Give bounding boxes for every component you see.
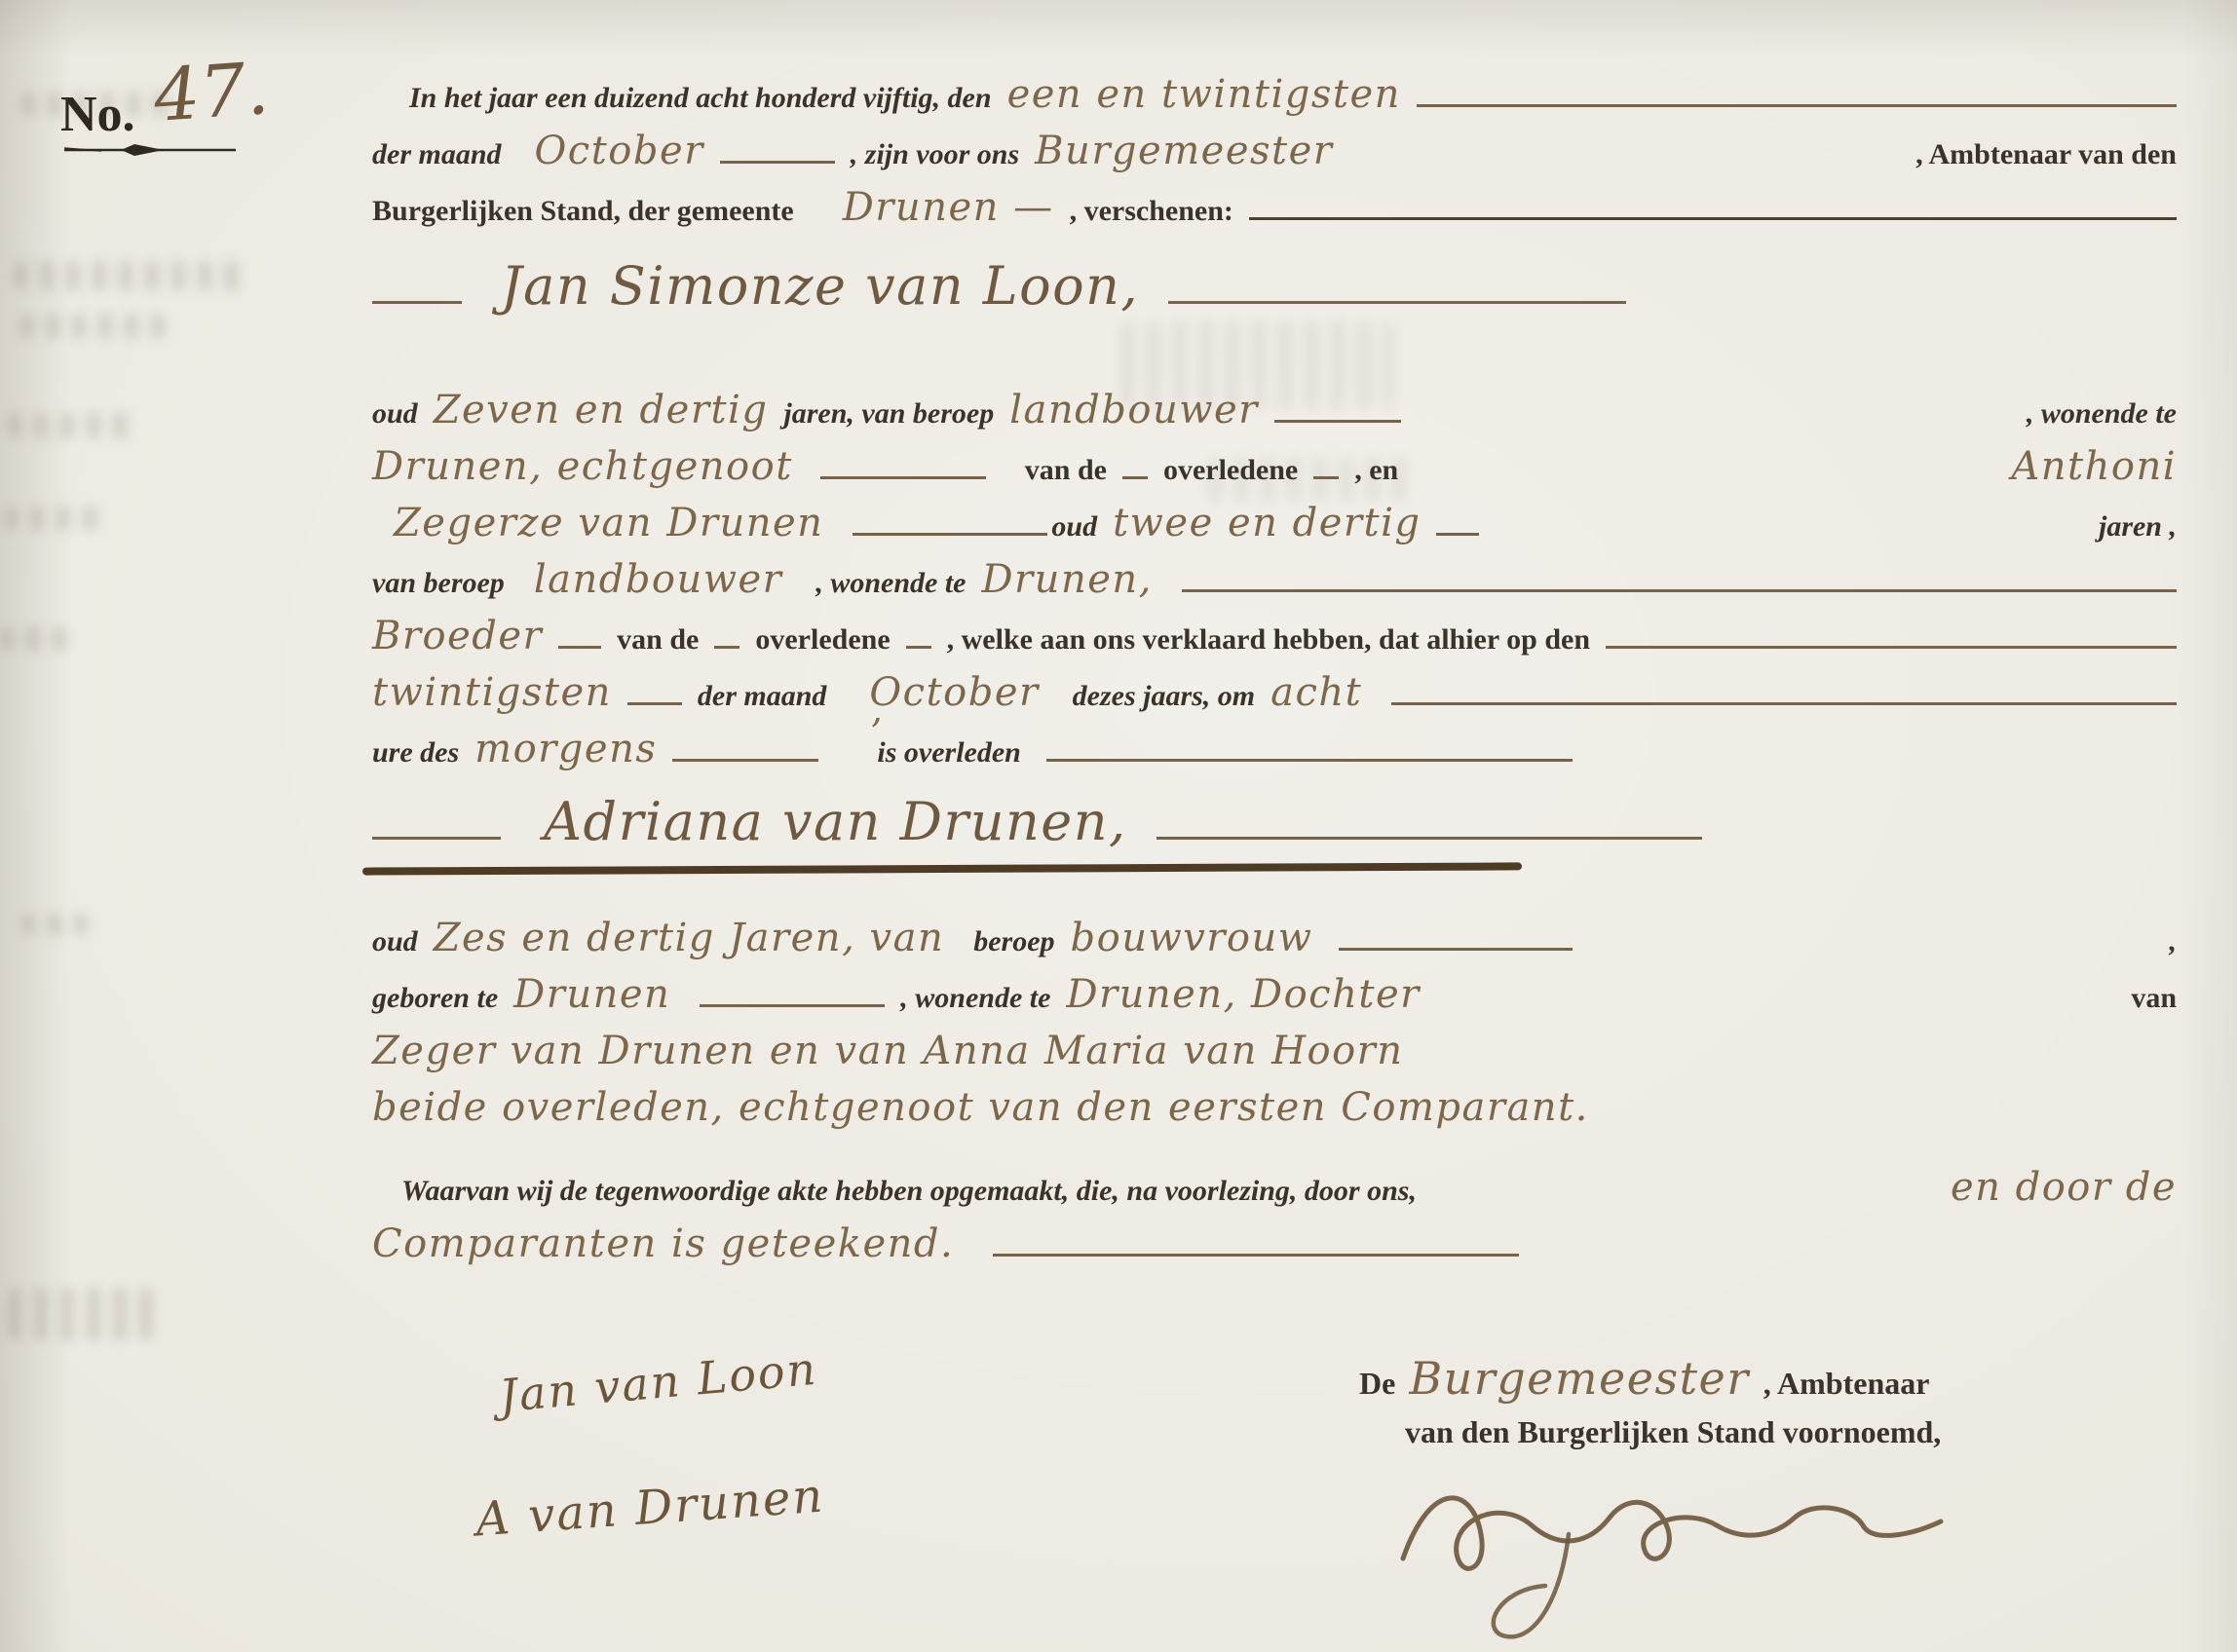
declaration-line-2: Drunen, echtgenoot van de overledene , e… [372,444,2177,489]
fill-rule [372,299,462,304]
fill-rule [906,644,931,649]
official-title-hand: Burgemeester [1409,1352,1749,1405]
death-hour: acht [1270,670,1362,715]
death-certificate-page: No. 47. In het jaar een duizend acht hon… [0,0,2237,1652]
died-label: is overleden [877,736,1020,770]
intro-year-printed: In het jaar een duizend acht honderd vij… [409,82,992,115]
declarant1-residence: Drunen, echtgenoot [372,444,793,489]
deceased-name-line: Adriana van Drunen, [372,791,2177,852]
declaration-line-1: oud Zeven en dertig jaren, van beroep la… [372,388,2177,432]
deceased-status: beide overleden, echtgenoot van den eers… [372,1085,1589,1130]
divider-ornament [62,136,238,162]
act-number-label: No. [60,86,135,143]
relation-hand: Broeder [372,614,543,658]
declarant1-profession: landbouwer [1009,388,1259,432]
profession-label: jaren, van beroep [783,397,994,431]
fill-rule [627,700,682,705]
age-label-2: oud [1051,510,1097,544]
closing-line-2: Comparanten is geteekend. [372,1221,2177,1266]
intro-line-2: der maand October , zijn voor ons Burgem… [372,129,2177,173]
deceased-line-2: geboren te Drunen , wonende te Drunen, D… [372,972,2177,1017]
death-daypart: morgens [474,727,657,771]
declarant1-signature: Jan van Loon [497,1342,819,1422]
fill-rule [820,474,986,479]
registry-line: Burgerlijken Stand, der gemeente [372,195,794,228]
statement-printed: , welke aan ons verklaard hebben, dat al… [947,623,1590,657]
deceased-age-label: oud [372,925,418,958]
fill-rule [1391,700,2177,705]
declarant2-age: twee en dertig [1113,501,1421,545]
deceased-name-underline [362,862,1522,875]
deceased-word-2: overledene [755,623,890,657]
fill-rule [714,644,739,649]
death-time-line: ure des morgens is overleden [372,727,2177,771]
month-hand: October [535,129,704,173]
fill-rule [1046,757,1573,762]
relation-of: van de [1025,454,1107,487]
death-month-label: der maand [698,680,827,713]
declarant2-signature: A van Drunen [474,1469,825,1548]
declaration-line-3: Zegerze van Drunen oud twee en dertig ja… [372,501,2177,545]
official-title-line: De Burgemeester , Ambtenaar [1359,1352,1929,1405]
bleedthrough-mark [0,627,68,651]
deceased-residence-label: , wonende te [900,982,1050,1015]
bleedthrough-mark [19,314,166,339]
fill-rule [1606,644,2177,649]
fill-rule [1313,474,1339,479]
intro-line-3: Burgerlijken Stand, der gemeente Drunen … [372,185,2177,230]
bleedthrough-mark [8,1288,154,1340]
deceased-profession-label: beroep [973,925,1054,958]
death-year-phrase: dezes jaars, om [1073,680,1256,713]
bleedthrough-mark [21,914,90,935]
appeared-label: , verschenen: [1070,195,1233,228]
declarant2-first-name: Anthoni [2011,444,2177,489]
closing-hand-2: Comparanten is geteekend. [372,1221,954,1266]
deceased-line-4: beide overleden, echtgenoot van den eers… [372,1085,2177,1130]
fill-rule [993,1252,1519,1257]
official-hand: Burgemeester [1035,129,1333,173]
relation-of-2: van de [617,623,699,657]
born-place: Drunen [513,972,670,1017]
fill-rule [1339,946,1573,951]
closing-line-1: Waarvan wij de tegenwoordige akte hebben… [372,1165,2177,1210]
declarant2-profession: landbouwer [534,557,783,602]
fill-rule [720,159,835,164]
bleedthrough-mark [8,413,134,438]
official-suffix: , Ambtenaar [1763,1366,1930,1402]
deceased-age: Zes en dertig Jaren, van [434,916,945,960]
deceased-comma: , [2170,925,2178,958]
fill-rule [700,1002,885,1007]
fill-rule [1156,835,1702,840]
official-signature [1364,1432,1968,1652]
closing-hand-1: en door de [1951,1165,2177,1210]
hour-label: ure des [372,736,459,770]
of-label: van [2131,982,2177,1015]
before-official: , zijn voor ons [851,138,1019,171]
intro-day-hand: een en twintigsten [1007,72,1401,117]
declaration-line-4: van beroep landbouwer , wonende te Drune… [372,557,2177,602]
born-label: geboren te [372,982,498,1015]
fill-rule [672,757,818,762]
official-prefix: De [1359,1366,1395,1402]
fill-rule [1122,474,1148,479]
deceased-word: overledene [1163,454,1298,487]
fill-rule [1417,102,2177,107]
act-number-value: 47. [151,47,271,138]
residence-label: , wonende te [2027,397,2177,431]
death-month: October [869,670,1039,715]
fill-rule [1182,587,2177,592]
after-official: , Ambtenaar van den [1915,138,2177,171]
and-word: , en [1354,454,1398,487]
fill-rule [1436,531,1479,536]
residence-label-2: , wonende te [815,567,966,600]
fill-rule [372,835,501,840]
deceased-profession: bouwvrouw [1071,916,1313,960]
deceased-name: Adriana van Drunen, [544,791,1127,852]
declarant1-age: Zeven en dertig [434,388,769,432]
deceased-line-3: Zeger van Drunen en van Anna Maria van H… [372,1029,2177,1073]
declarant1-name-line: Jan Simonze van Loon, [372,255,2177,317]
municipality-hand: Drunen — [843,185,1054,230]
years-label: jaren , [2099,510,2177,544]
fill-rule [1168,299,1626,304]
bleedthrough-mark [14,261,247,290]
fill-rule [853,531,1047,536]
declaration-line-5: Broeder van de overledene , welke aan on… [372,614,2177,658]
deceased-parents: Zeger van Drunen en van Anna Maria van H… [372,1029,1404,1073]
declarant2-residence: Drunen, [981,557,1152,602]
bleedthrough-mark [4,507,101,530]
month-label: der maand [372,138,502,171]
closing-printed: Waarvan wij de tegenwoordige akte hebben… [401,1175,1417,1208]
profession-label-2: van beroep [372,567,505,600]
intro-line-1: In het jaar een duizend acht honderd vij… [372,72,2177,117]
declarant2-name: Zegerze van Drunen [394,501,823,545]
death-date-line: twintigsten der maand October dezes jaar… [372,670,2177,715]
fill-rule [1249,215,2177,220]
death-day: twintigsten [372,670,612,715]
fill-rule [558,644,601,649]
deceased-line-1: oud Zes en dertig Jaren, van beroep bouw… [372,916,2177,960]
deceased-residence: Drunen, Dochter [1066,972,1420,1017]
fill-rule [1274,418,1401,423]
age-label: oud [372,397,418,431]
stray-ink-mark: ’ [870,711,882,754]
declarant1-name: Jan Simonze van Loon, [501,255,1139,317]
